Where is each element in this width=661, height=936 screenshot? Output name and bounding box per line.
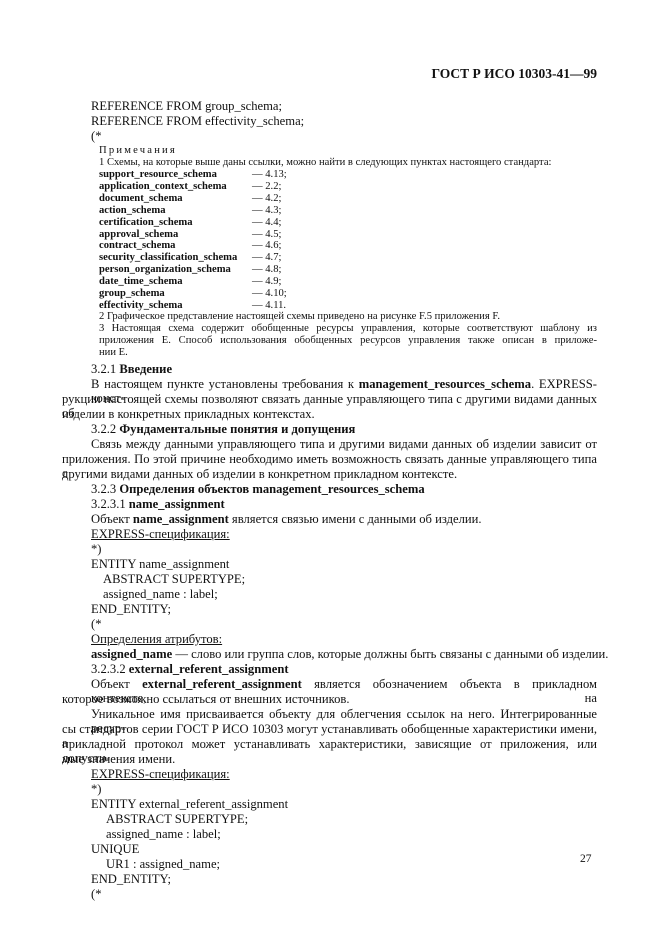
code-line: *) bbox=[91, 542, 102, 556]
schema-clause-ref: — 4.6; bbox=[252, 240, 281, 252]
attribute-name: assigned_name bbox=[91, 647, 172, 661]
schema-name: management_resources_schema bbox=[359, 377, 531, 391]
note-3-line: 3 Настоящая схема содержит обобщенные ре… bbox=[99, 323, 597, 335]
code-line: END_ENTITY; bbox=[91, 872, 171, 886]
note-2: 2 Графическое представление настоящей сх… bbox=[99, 311, 500, 323]
reference-line: REFERENCE FROM effectivity_schema; bbox=[91, 114, 304, 128]
code-line: ABSTRACT SUPERTYPE; bbox=[106, 812, 248, 826]
entity-name: name_assignment bbox=[133, 512, 229, 526]
document-header: ГОСТ Р ИСО 10303-41—99 bbox=[0, 66, 597, 82]
schema-name: date_time_schema bbox=[99, 276, 183, 287]
schema-name: approval_schema bbox=[99, 229, 178, 240]
code-line: (* bbox=[91, 617, 102, 631]
schema-name: security_classification_schema bbox=[99, 252, 237, 263]
paragraph-line: Связь между данными управляющего типа и … bbox=[91, 437, 597, 451]
schema-reference-row: group_schema— 4.10; bbox=[99, 288, 165, 300]
section-title: Определения объектов management_resource… bbox=[119, 482, 424, 496]
section-number: 3.2.3.1 bbox=[91, 497, 126, 511]
code-line: *) bbox=[91, 782, 102, 796]
section-heading-3-2-1: 3.2.1 Введение bbox=[91, 362, 172, 376]
page-number: 27 bbox=[580, 853, 592, 865]
code-line: UR1 : assigned_name; bbox=[106, 857, 220, 871]
code-line: ABSTRACT SUPERTYPE; bbox=[103, 572, 245, 586]
text: является связью имени с данными об издел… bbox=[232, 512, 482, 526]
code-line: UNIQUE bbox=[91, 842, 139, 856]
section-heading-3-2-3-1: 3.2.3.1 name_assignment bbox=[91, 497, 225, 511]
paragraph-line: изделии в конкретных прикладных контекст… bbox=[62, 407, 315, 421]
section-title: Введение bbox=[119, 362, 172, 376]
section-number: 3.2.1 bbox=[91, 362, 116, 376]
notes-title: Примечания bbox=[99, 145, 177, 157]
schema-name: support_resource_schema bbox=[99, 169, 217, 180]
entity-description: Объект name_assignment является связью и… bbox=[91, 512, 482, 526]
schema-clause-ref: — 2.2; bbox=[252, 181, 281, 193]
schema-reference-row: person_organization_schema— 4.8; bbox=[99, 264, 231, 276]
keyword: REFERENCE FROM bbox=[91, 99, 202, 113]
schema-name: person_organization_schema bbox=[99, 264, 231, 275]
schema-reference-row: security_classification_schema— 4.7; bbox=[99, 252, 237, 264]
text: Объект bbox=[91, 677, 130, 691]
code-line: END_ENTITY; bbox=[91, 602, 171, 616]
schema-reference-row: support_resource_schema— 4.13; bbox=[99, 169, 217, 181]
schema-name: effectivity_schema; bbox=[205, 114, 304, 128]
reference-line: REFERENCE FROM group_schema; bbox=[91, 99, 282, 113]
note-1-intro: 1 Схемы, на которые выше даны ссылки, мо… bbox=[99, 157, 551, 169]
comment-open: (* bbox=[91, 129, 102, 143]
section-number: 3.2.3 bbox=[91, 482, 116, 496]
schema-reference-row: approval_schema— 4.5; bbox=[99, 229, 178, 241]
text: — слово или группа слов, которые должны … bbox=[175, 647, 608, 661]
section-heading-3-2-3: 3.2.3 Определения объектов management_re… bbox=[91, 482, 425, 496]
section-title: external_referent_assignment bbox=[129, 662, 289, 676]
schema-name: effectivity_schema bbox=[99, 300, 183, 311]
schema-name: document_schema bbox=[99, 193, 183, 204]
schema-reference-row: certification_schema— 4.4; bbox=[99, 217, 193, 229]
schema-name: contract_schema bbox=[99, 240, 175, 251]
express-spec-label: EXPRESS-спецификация: bbox=[91, 527, 230, 541]
paragraph-line: которое возможно ссылаться от внешних ис… bbox=[62, 692, 350, 706]
section-title: name_assignment bbox=[129, 497, 225, 511]
code-line: (* bbox=[91, 887, 102, 901]
section-number: 3.2.2 bbox=[91, 422, 116, 436]
schema-name: group_schema; bbox=[205, 99, 282, 113]
code-line: assigned_name : label; bbox=[103, 587, 218, 601]
schema-clause-ref: — 4.13; bbox=[252, 169, 287, 181]
text: В настоящем пункте установлены требовани… bbox=[91, 377, 354, 391]
paragraph-line: другими видами данных об изделии в конкр… bbox=[62, 467, 457, 481]
schema-reference-row: action_schema— 4.3; bbox=[99, 205, 166, 217]
schema-clause-ref: — 4.2; bbox=[252, 193, 281, 205]
schema-name: application_context_schema bbox=[99, 181, 227, 192]
text: Объект bbox=[91, 512, 130, 526]
schema-clause-ref: — 4.8; bbox=[252, 264, 281, 276]
schema-name: group_schema bbox=[99, 288, 165, 299]
express-spec-label: EXPRESS-спецификация: bbox=[91, 767, 230, 781]
schema-clause-ref: — 4.7; bbox=[252, 252, 281, 264]
attribute-definition: assigned_name — слово или группа слов, к… bbox=[91, 647, 608, 661]
schema-reference-row: application_context_schema— 2.2; bbox=[99, 181, 227, 193]
schema-reference-row: date_time_schema— 4.9; bbox=[99, 276, 183, 288]
schema-clause-ref: — 4.4; bbox=[252, 217, 281, 229]
code-line: ENTITY external_referent_assignment bbox=[91, 797, 288, 811]
schema-reference-row: document_schema— 4.2; bbox=[99, 193, 183, 205]
paragraph-line: мые значения имени. bbox=[62, 752, 175, 766]
section-number: 3.2.3.2 bbox=[91, 662, 126, 676]
note-3-line: нии Е. bbox=[99, 347, 128, 359]
schema-clause-ref: — 4.10; bbox=[252, 288, 287, 300]
schema-clause-ref: — 4.3; bbox=[252, 205, 281, 217]
section-heading-3-2-3-2: 3.2.3.2 external_referent_assignment bbox=[91, 662, 289, 676]
schema-clause-ref: — 4.5; bbox=[252, 229, 281, 241]
code-line: ENTITY name_assignment bbox=[91, 557, 229, 571]
schema-reference-row: contract_schema— 4.6; bbox=[99, 240, 175, 252]
entity-name: external_referent_assignment bbox=[142, 677, 302, 691]
keyword: REFERENCE FROM bbox=[91, 114, 202, 128]
schema-clause-ref: — 4.9; bbox=[252, 276, 281, 288]
attribute-definitions-label: Определения атрибутов: bbox=[91, 632, 222, 646]
code-line: assigned_name : label; bbox=[106, 827, 221, 841]
note-3-line: приложения Е. Способ использования обобщ… bbox=[99, 335, 597, 347]
schema-name: certification_schema bbox=[99, 217, 193, 228]
schema-name: action_schema bbox=[99, 205, 166, 216]
section-heading-3-2-2: 3.2.2 Фундаментальные понятия и допущени… bbox=[91, 422, 355, 436]
section-title: Фундаментальные понятия и допущения bbox=[119, 422, 355, 436]
